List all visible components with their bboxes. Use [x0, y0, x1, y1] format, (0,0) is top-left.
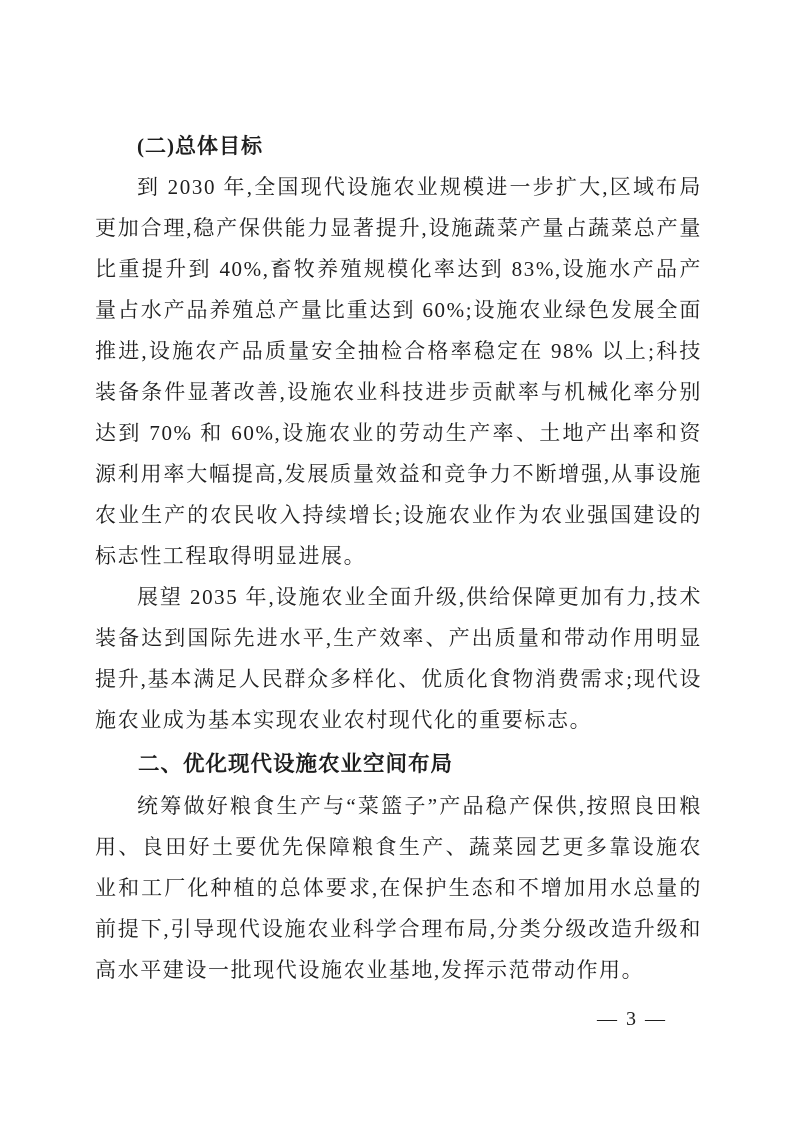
page-number: — 3 —	[597, 1008, 667, 1031]
section-heading-spatial-layout: 二、优化现代设施农业空间布局	[95, 744, 702, 785]
subsection-heading-overall-goals: (二)总体目标	[95, 126, 702, 167]
paragraph-goals-2030: 到 2030 年,全国现代设施农业规模进一步扩大,区域布局更加合理,稳产保供能力…	[95, 167, 702, 577]
document-page: (二)总体目标 到 2030 年,全国现代设施农业规模进一步扩大,区域布局更加合…	[0, 0, 800, 1132]
document-content: (二)总体目标 到 2030 年,全国现代设施农业规模进一步扩大,区域布局更加合…	[95, 126, 702, 991]
paragraph-goals-2035: 展望 2035 年,设施农业全面升级,供给保障更加有力,技术装备达到国际先进水平…	[95, 577, 702, 741]
paragraph-spatial-layout: 统筹做好粮食生产与“菜篮子”产品稳产保供,按照良田粮用、良田好土要优先保障粮食生…	[95, 786, 702, 991]
